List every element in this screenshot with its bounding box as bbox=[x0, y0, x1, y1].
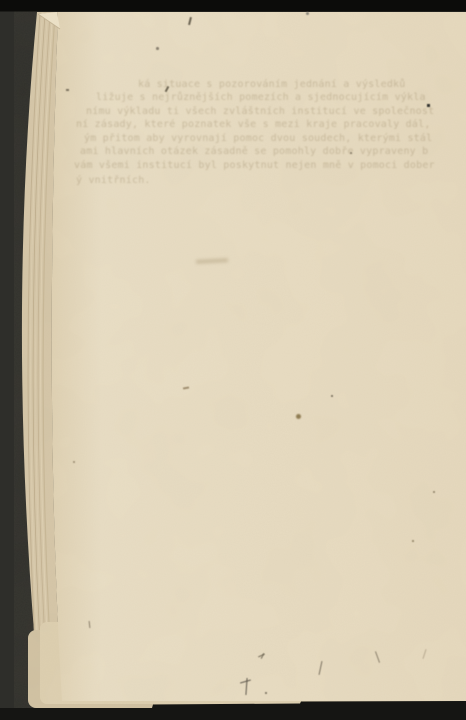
paper-blotch-texture bbox=[14, 10, 466, 710]
top-shadow-band bbox=[0, 0, 466, 12]
book-page-graphic bbox=[0, 0, 466, 720]
scanned-book-page: ká situace s pozorováním jednání a výsle… bbox=[0, 0, 466, 720]
